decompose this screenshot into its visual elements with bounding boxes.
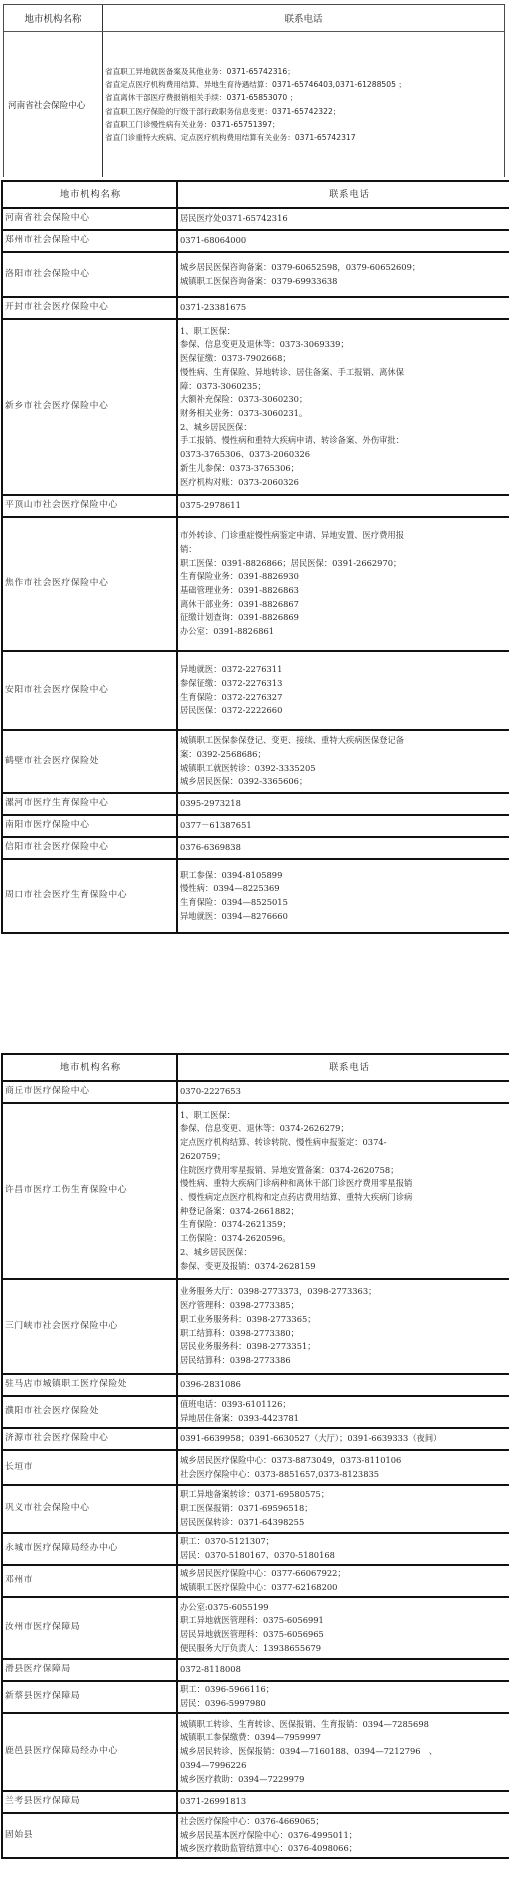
phone-line: 职工医保：0391-8826866；居民医保：0391-2662970； [180, 557, 509, 571]
phone-line: 生育保险：0372-2276327 [180, 691, 509, 705]
header-phone: 联系电话 [177, 1054, 509, 1081]
org-name: 河南省社会保险中心 [2, 208, 177, 230]
phone-line: 医疗管理科：0398-2773385； [180, 1299, 509, 1313]
phone-info: 0371-23381675 [177, 297, 509, 319]
org-name: 信阳市社会医疗保险中心 [2, 837, 177, 859]
contact-table-provincial: 地市机构名称 联系电话 河南省社会保险中心 省直职工异地就医备案及其他业务：03… [3, 4, 505, 177]
org-name: 汝州市医疗保障局 [2, 1597, 177, 1659]
phone-line: 慢性病、生育保险、异地转诊、居住备案、手工报销、离休保 [180, 366, 509, 380]
phone-line: 0395-2973218 [180, 797, 509, 811]
phone-line: 定点医疗机构结算、转诊转院、慢性病申报鉴定：0374- [180, 1136, 509, 1150]
phone-info: 职工：0396-5966116；居民：0396-5997980 [177, 1681, 509, 1713]
phone-info: 1、职工医保：参保、信息变更及退休等：0373-3069339；医保征缴：037… [177, 319, 509, 495]
phone-line: 省直定点医疗机构费用结算、异地生育待遇结算：0371-65746403,0371… [105, 78, 504, 91]
org-name: 漯河市医疗生育保险中心 [2, 793, 177, 815]
org-name: 平顶山市社会医疗保险中心 [2, 495, 177, 517]
phone-info: 省直职工异地就医备案及其他业务：0371-65742316； 省直定点医疗机构费… [103, 32, 504, 177]
phone-line: 慢性病、重特大疾病门诊病种和离休干部门诊医疗费用零星报销 [180, 1177, 509, 1191]
phone-line: 手工报销、慢性病和重特大疾病申请、转诊备案、外伤审批： [180, 434, 509, 448]
phone-line: 大额补充保险：0373-3060230； [180, 393, 509, 407]
table-row: 固始县社会医疗保险中心：0376-4669065；城乡居民基本医疗保险中心：03… [2, 1813, 509, 1858]
org-name: 滑县医疗保障局 [2, 1659, 177, 1681]
phone-line: 城乡医疗救助：0394—7229979 [180, 1773, 509, 1787]
org-name: 鹿邑县医疗保障局经办中心 [2, 1713, 177, 1791]
table-row: 平顶山市社会医疗保险中心0375-2978611 [2, 495, 509, 517]
phone-info: 市外转诊、门诊重症慢性病鉴定申请、异地安置、医疗费用报销：职工医保：0391-8… [177, 517, 509, 651]
org-name: 新蔡县医疗保障局 [2, 1681, 177, 1713]
phone-line: 2、城乡居民医保： [180, 1246, 509, 1260]
phone-line: 案：0392-2568686； [180, 748, 509, 762]
phone-info: 城乡居民医疗保险中心：0377-66067922；城镇职工医疗保险中心：0377… [177, 1565, 509, 1597]
table-row: 安阳市社会医疗保险中心异地就医：0372-2276311参保征缴：0372-22… [2, 651, 509, 730]
phone-info: 0371-68064000 [177, 230, 509, 252]
phone-line: 生育保险：0394—8525015 [180, 896, 509, 910]
table-row: 济源市社会医疗保险中心0391-6639958；0391-6630527（大厅）… [2, 1428, 509, 1450]
phone-line: 城镇职工医疗保险中心：0377-62168200 [180, 1581, 509, 1595]
phone-line: 业务服务大厅：0398-2773373，0398-2773363； [180, 1285, 509, 1299]
phone-line: 、慢性病定点医疗机构和定点药店费用结算、重特大疾病门诊病 [180, 1191, 509, 1205]
phone-line: 城镇职工医保咨询备案：0379-69933638 [180, 275, 509, 289]
phone-info: 0372-8118008 [177, 1659, 509, 1681]
org-name: 安阳市社会医疗保险中心 [2, 651, 177, 730]
phone-line: 城乡居民基本医疗保险中心：0376-4995011； [180, 1829, 509, 1843]
org-name: 三门峡市社会医疗保险中心 [2, 1279, 177, 1374]
phone-info: 职工异地备案转诊：0371-69580575；职工医保报销：0371-69596… [177, 1485, 509, 1533]
phone-line: 0372-8118008 [180, 1663, 509, 1677]
table-row: 漯河市医疗生育保险中心0395-2973218 [2, 793, 509, 815]
phone-line: 城乡居民转诊、医保报销：0394—7160188、0394—7212796 、 [180, 1745, 509, 1759]
phone-line: 2、城乡居民医保： [180, 421, 509, 435]
phone-info: 0375-2978611 [177, 495, 509, 517]
phone-info: 办公室:0375-6055199职工异地就医管理科：0375-6056991居民… [177, 1597, 509, 1659]
table-body: 地市机构名称联系电话商丘市医疗保险中心0370-2227653许昌市医疗工伤生育… [2, 1054, 509, 1858]
phone-line: 居民医疗处0371-65742316 [180, 212, 509, 226]
phone-line: 0391-6639958；0391-6630527（大厅）；0391-66393… [180, 1432, 509, 1446]
phone-info: 城镇职工转诊、生育转诊、医保报销、生育报销：0394—7285698城镇职工参保… [177, 1713, 509, 1791]
phone-line: 职工异地就医管理科：0375-6056991 [180, 1614, 509, 1628]
header-phone: 联系电话 [177, 181, 509, 208]
phone-line: 1、职工医保： [180, 1109, 509, 1123]
table-row: 新蔡县医疗保障局职工：0396-5966116；居民：0396-5997980 [2, 1681, 509, 1713]
table-body: 地市机构名称联系电话河南省社会保险中心居民医疗处0371-65742316郑州市… [2, 181, 509, 933]
phone-line: 0377－61387651 [180, 819, 509, 833]
phone-line: 城镇职工转诊、生育转诊、医保报销、生育报销：0394—7285698 [180, 1718, 509, 1732]
phone-info: 城乡居民医保咨询备案：0379-60652598，0379-60652609；城… [177, 252, 509, 297]
table-row: 汝州市医疗保障局办公室:0375-6055199职工异地就医管理科：0375-6… [2, 1597, 509, 1659]
phone-line: 省直职工异地就医备案及其他业务：0371-65742316； [105, 65, 504, 78]
phone-line: 居民结算科：0398-2773386 [180, 1354, 509, 1368]
phone-info: 值班电话：0393-6101126；异地居住备案：0393-4423781 [177, 1396, 509, 1428]
phone-info: 业务服务大厅：0398-2773373，0398-2773363；医疗管理科：0… [177, 1279, 509, 1374]
table-row: 兰考县医疗保障局0371-26991813 [2, 1791, 509, 1813]
phone-line: 职工医保报销：0371-69596518； [180, 1502, 509, 1516]
phone-line: 离休干部业务：0391-8826867 [180, 598, 509, 612]
table-row: 周口市社会医疗生育保险中心职工参保：0394-8105899慢性病：0394—8… [2, 859, 509, 933]
org-name: 永城市医疗保障局经办中心 [2, 1533, 177, 1565]
table-header-row: 地市机构名称 联系电话 [4, 5, 504, 32]
phone-line: 异地居住备案：0393-4423781 [180, 1412, 509, 1426]
phone-line: 0396-2831086 [180, 1378, 509, 1392]
phone-line: 社会医疗保险中心：0373-8851657,0373-8123835 [180, 1468, 509, 1482]
org-name: 许昌市医疗工伤生育保险中心 [2, 1103, 177, 1279]
phone-line: 居民医保：0372-2222660 [180, 704, 509, 718]
header-org-name: 地市机构名称 [4, 5, 103, 31]
phone-line: 城乡居民医保：0392-3365606； [180, 775, 509, 789]
phone-info: 社会医疗保险中心：0376-4669065；城乡居民基本医疗保险中心：0376-… [177, 1813, 509, 1858]
table-row: 新乡市社会医疗保险中心1、职工医保：参保、信息变更及退休等：0373-30693… [2, 319, 509, 495]
org-name: 焦作市社会医疗保险中心 [2, 517, 177, 651]
phone-line: 办公室：0391-8826861 [180, 625, 509, 639]
phone-line: 城乡居民医疗保险中心：0373-8873049，0373-8110106 [180, 1454, 509, 1468]
phone-line: 职工参保：0394-8105899 [180, 869, 509, 883]
org-name: 周口市社会医疗生育保险中心 [2, 859, 177, 933]
phone-line: 居民：0396-5997980 [180, 1697, 509, 1711]
table-row: 长垣市城乡居民医疗保险中心：0373-8873049，0373-8110106社… [2, 1450, 509, 1485]
table-row: 洛阳市社会保险中心城乡居民医保咨询备案：0379-60652598，0379-6… [2, 252, 509, 297]
phone-info: 职工：0370-5121307；居民：0370-5180167、0370-518… [177, 1533, 509, 1565]
phone-line: 生育保险业务：0391-8826930 [180, 570, 509, 584]
phone-info: 0396-2831086 [177, 1374, 509, 1396]
phone-line: 新生儿参保：0373-3765306； [180, 462, 509, 476]
table-row: 滑县医疗保障局0372-8118008 [2, 1659, 509, 1681]
phone-line: 工伤保险：0374-2620596。 [180, 1232, 509, 1246]
phone-info: 0377－61387651 [177, 815, 509, 837]
table-row: 信阳市社会医疗保险中心0376-6369838 [2, 837, 509, 859]
phone-info: 0370-2227653 [177, 1081, 509, 1103]
phone-line: 市外转诊、门诊重症慢性病鉴定申请、异地安置、医疗费用报 [180, 529, 509, 543]
phone-line: 省直门诊重特大疾病、定点医疗机构费用结算有关业务：0371-65742317 [105, 131, 504, 144]
phone-line: 财务相关业务：0373-3060231。 [180, 407, 509, 421]
table-row: 河南省社会保险中心 省直职工异地就医备案及其他业务：0371-65742316；… [4, 32, 504, 177]
org-name: 濮阳市社会医疗保险处 [2, 1396, 177, 1428]
phone-line: 城乡居民医疗保险中心：0377-66067922； [180, 1567, 509, 1581]
org-name: 固始县 [2, 1813, 177, 1858]
phone-line: 征缴计划查询：0391-8826869 [180, 611, 509, 625]
phone-line: 省直职工门诊慢性病有关业务：0371-65751397； [105, 118, 504, 131]
org-name: 郑州市社会保险中心 [2, 230, 177, 252]
org-name: 济源市社会医疗保险中心 [2, 1428, 177, 1450]
table-header-row: 地市机构名称联系电话 [2, 181, 509, 208]
org-name: 鹤壁市社会医疗保险处 [2, 730, 177, 793]
table-row: 商丘市医疗保险中心0370-2227653 [2, 1081, 509, 1103]
table-row: 永城市医疗保障局经办中心职工：0370-5121307；居民：0370-5180… [2, 1533, 509, 1565]
phone-line: 值班电话：0393-6101126； [180, 1398, 509, 1412]
phone-line: 0371-23381675 [180, 301, 509, 315]
header-org-name: 地市机构名称 [2, 1054, 177, 1081]
phone-line: 0370-2227653 [180, 1085, 509, 1099]
phone-info: 异地就医：0372-2276311参保征缴：0372-2276313生育保险：0… [177, 651, 509, 730]
table-row: 鹤壁市社会医疗保险处城镇职工医保参保登记、变更、接续、重特大疾病医保登记备案：0… [2, 730, 509, 793]
phone-line: 职工异地备案转诊：0371-69580575； [180, 1488, 509, 1502]
phone-line: 1、职工医保： [180, 325, 509, 339]
phone-info: 0395-2973218 [177, 793, 509, 815]
phone-line: 职工：0396-5966116； [180, 1683, 509, 1697]
phone-line: 0375-2978611 [180, 499, 509, 513]
table-row: 南阳市医疗保险中心0377－61387651 [2, 815, 509, 837]
phone-line: 慢性病：0394—8225369 [180, 882, 509, 896]
phone-info: 0376-6369838 [177, 837, 509, 859]
table-row: 三门峡市社会医疗保险中心业务服务大厅：0398-2773373，0398-277… [2, 1279, 509, 1374]
phone-line: 居民：0370-5180167、0370-5180168 [180, 1549, 509, 1563]
phone-line: 参保、变更及报销：0374-2628159 [180, 1260, 509, 1274]
phone-line: 0376-6369838 [180, 841, 509, 855]
phone-line: 基础管理业务：0391-8826863 [180, 584, 509, 598]
table-row: 驻马店市城镇职工医疗保险处0396-2831086 [2, 1374, 509, 1396]
phone-line: 参保、信息变更及退休等：0373-3069339； [180, 338, 509, 352]
phone-line: 0373-3765306、0373-2060326 [180, 448, 509, 462]
phone-line: 障：0373-3060235； [180, 380, 509, 394]
phone-info: 1、职工医保：参保、信息变更、退休等：0374-2626279；定点医疗机构结算… [177, 1103, 509, 1279]
table-row: 开封市社会医疗保险中心0371-23381675 [2, 297, 509, 319]
org-name: 河南省社会保险中心 [4, 32, 103, 177]
table-row: 许昌市医疗工伤生育保险中心1、职工医保：参保、信息变更、退休等：0374-262… [2, 1103, 509, 1279]
header-org-name: 地市机构名称 [2, 181, 177, 208]
org-name: 邓州市 [2, 1565, 177, 1597]
phone-info: 城镇职工医保参保登记、变更、接续、重特大疾病医保登记备案：0392-256868… [177, 730, 509, 793]
phone-line: 医疗机构对账：0373-2060326 [180, 476, 509, 490]
org-name: 洛阳市社会保险中心 [2, 252, 177, 297]
phone-line: 社会医疗保险中心：0376-4669065； [180, 1815, 509, 1829]
contact-table-counties: 地市机构名称联系电话商丘市医疗保险中心0370-2227653许昌市医疗工伤生育… [1, 1053, 509, 1859]
org-name: 巩义市社会保险中心 [2, 1485, 177, 1533]
phone-line: 住院医疗费用零星报销、异地安置备案：0374-2620758； [180, 1164, 509, 1178]
org-name: 驻马店市城镇职工医疗保险处 [2, 1374, 177, 1396]
phone-line: 异地就医：0372-2276311 [180, 663, 509, 677]
phone-line: 城镇职工医保参保登记、变更、接续、重特大疾病医保登记备 [180, 734, 509, 748]
org-name: 商丘市医疗保险中心 [2, 1081, 177, 1103]
phone-line: 省直职工医疗保险的厅级干部行政职务信息变更：0371-65742322； [105, 105, 504, 118]
phone-line: 城乡居民医保咨询备案：0379-60652598，0379-60652609； [180, 261, 509, 275]
phone-line: 居民业务服务科：0398-2773351； [180, 1340, 509, 1354]
org-name: 长垣市 [2, 1450, 177, 1485]
phone-info: 职工参保：0394-8105899慢性病：0394—8225369生育保险：03… [177, 859, 509, 933]
phone-line: 居民异地就医管理科：0375-6056965 [180, 1628, 509, 1642]
phone-line: 办公室:0375-6055199 [180, 1601, 509, 1615]
contact-table-cities: 地市机构名称联系电话河南省社会保险中心居民医疗处0371-65742316郑州市… [1, 180, 509, 934]
phone-line: 职工：0370-5121307； [180, 1535, 509, 1549]
phone-line: 城乡医疗救助监管结算中心：0376-4098066； [180, 1842, 509, 1856]
phone-line: 城镇职工就医转诊：0392-3335205 [180, 762, 509, 776]
phone-line: 销： [180, 543, 509, 557]
table-row: 巩义市社会保险中心职工异地备案转诊：0371-69580575；职工医保报销：0… [2, 1485, 509, 1533]
phone-line: 0371-68064000 [180, 234, 509, 248]
phone-info: 0391-6639958；0391-6630527（大厅）；0391-66393… [177, 1428, 509, 1450]
org-name: 开封市社会医疗保险中心 [2, 297, 177, 319]
phone-info: 城乡居民医疗保险中心：0373-8873049，0373-8110106社会医疗… [177, 1450, 509, 1485]
phone-line: 种登记备案：0374-2661882； [180, 1205, 509, 1219]
phone-line: 异地就医：0394—8276660 [180, 910, 509, 924]
table-row: 郑州市社会保险中心0371-68064000 [2, 230, 509, 252]
table-row: 濮阳市社会医疗保险处值班电话：0393-6101126；异地居住备案：0393-… [2, 1396, 509, 1428]
phone-line: 0394—7996226 [180, 1759, 509, 1773]
phone-line: 2620759； [180, 1150, 509, 1164]
org-name: 新乡市社会医疗保险中心 [2, 319, 177, 495]
phone-line: 省直离休干部医疗费报销相关手续：0371-65853070 ； [105, 91, 504, 104]
phone-line: 0371-26991813 [180, 1795, 509, 1809]
org-name: 南阳市医疗保险中心 [2, 815, 177, 837]
phone-line: 城镇职工参保缴费：0394—7959997 [180, 1731, 509, 1745]
phone-line: 职工业务服务科：0398-2773365； [180, 1313, 509, 1327]
phone-info: 0371-26991813 [177, 1791, 509, 1813]
table-row: 邓州市城乡居民医疗保险中心：0377-66067922；城镇职工医疗保险中心：0… [2, 1565, 509, 1597]
table-row: 河南省社会保险中心居民医疗处0371-65742316 [2, 208, 509, 230]
phone-line: 生育保险：0374-2621359； [180, 1218, 509, 1232]
phone-line: 参保征缴：0372-2276313 [180, 677, 509, 691]
table-row: 鹿邑县医疗保障局经办中心城镇职工转诊、生育转诊、医保报销、生育报销：0394—7… [2, 1713, 509, 1791]
table-header-row: 地市机构名称联系电话 [2, 1054, 509, 1081]
phone-line: 居民医保转诊：0371-64398255 [180, 1516, 509, 1530]
phone-line: 便民服务大厅负责人：13938655679 [180, 1642, 509, 1656]
phone-line: 参保、信息变更、退休等：0374-2626279； [180, 1122, 509, 1136]
phone-info: 居民医疗处0371-65742316 [177, 208, 509, 230]
header-phone: 联系电话 [103, 5, 504, 31]
org-name: 兰考县医疗保障局 [2, 1791, 177, 1813]
table-row: 焦作市社会医疗保险中心市外转诊、门诊重症慢性病鉴定申请、异地安置、医疗费用报销：… [2, 517, 509, 651]
phone-line: 职工结算科：0398-2773380； [180, 1327, 509, 1341]
phone-line: 医保征缴：0373-7902668； [180, 352, 509, 366]
